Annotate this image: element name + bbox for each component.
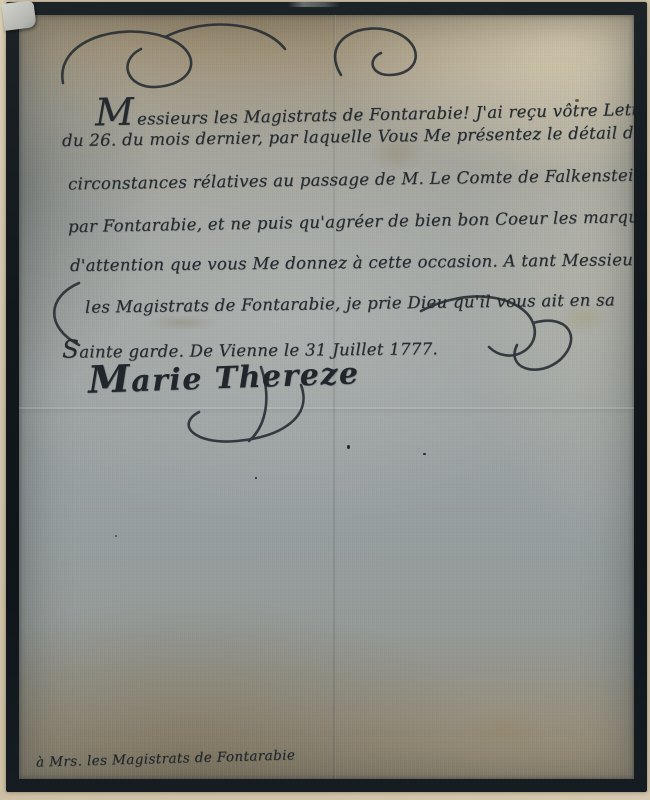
stain-smudge xyxy=(147,315,217,331)
rust-speck xyxy=(575,99,579,102)
page-dark-border: Messieurs les Magistrats de Fontarabie! … xyxy=(6,2,647,792)
horizontal-fold-crease xyxy=(19,407,634,409)
flourish-capital-m-tail xyxy=(165,25,285,50)
photograph-of-letter: Messieurs les Magistrats de Fontarabie! … xyxy=(0,0,650,800)
ink-speck xyxy=(255,477,257,479)
letter-line-6: les Magistrats de Fontarabie, je prie Di… xyxy=(85,290,615,316)
letter-line-4: par Fontarabie, et ne puis qu'agréer de … xyxy=(68,207,634,236)
letter-line-3: circonstances rélatives au passage de M.… xyxy=(68,165,634,193)
letter-line-5: d'attention que vous Me donnez à cette o… xyxy=(70,250,634,275)
border-wear-mark xyxy=(288,1,340,7)
flourish-capital-m xyxy=(62,32,191,88)
ink-speck xyxy=(115,535,117,537)
stain-smudge xyxy=(459,705,549,755)
ink-speck xyxy=(347,445,350,449)
signature-marie-therese: Marie Thereze xyxy=(87,348,360,401)
flourish-loop-top xyxy=(335,29,416,75)
corner-damage-chip xyxy=(1,0,36,31)
letter-page: Messieurs les Magistrats de Fontarabie! … xyxy=(19,15,634,779)
endorsement-address: à Mrs. les Magistrats de Fontarabie xyxy=(36,747,296,770)
flourish-after-date-2 xyxy=(515,321,572,370)
ink-speck xyxy=(423,453,426,455)
